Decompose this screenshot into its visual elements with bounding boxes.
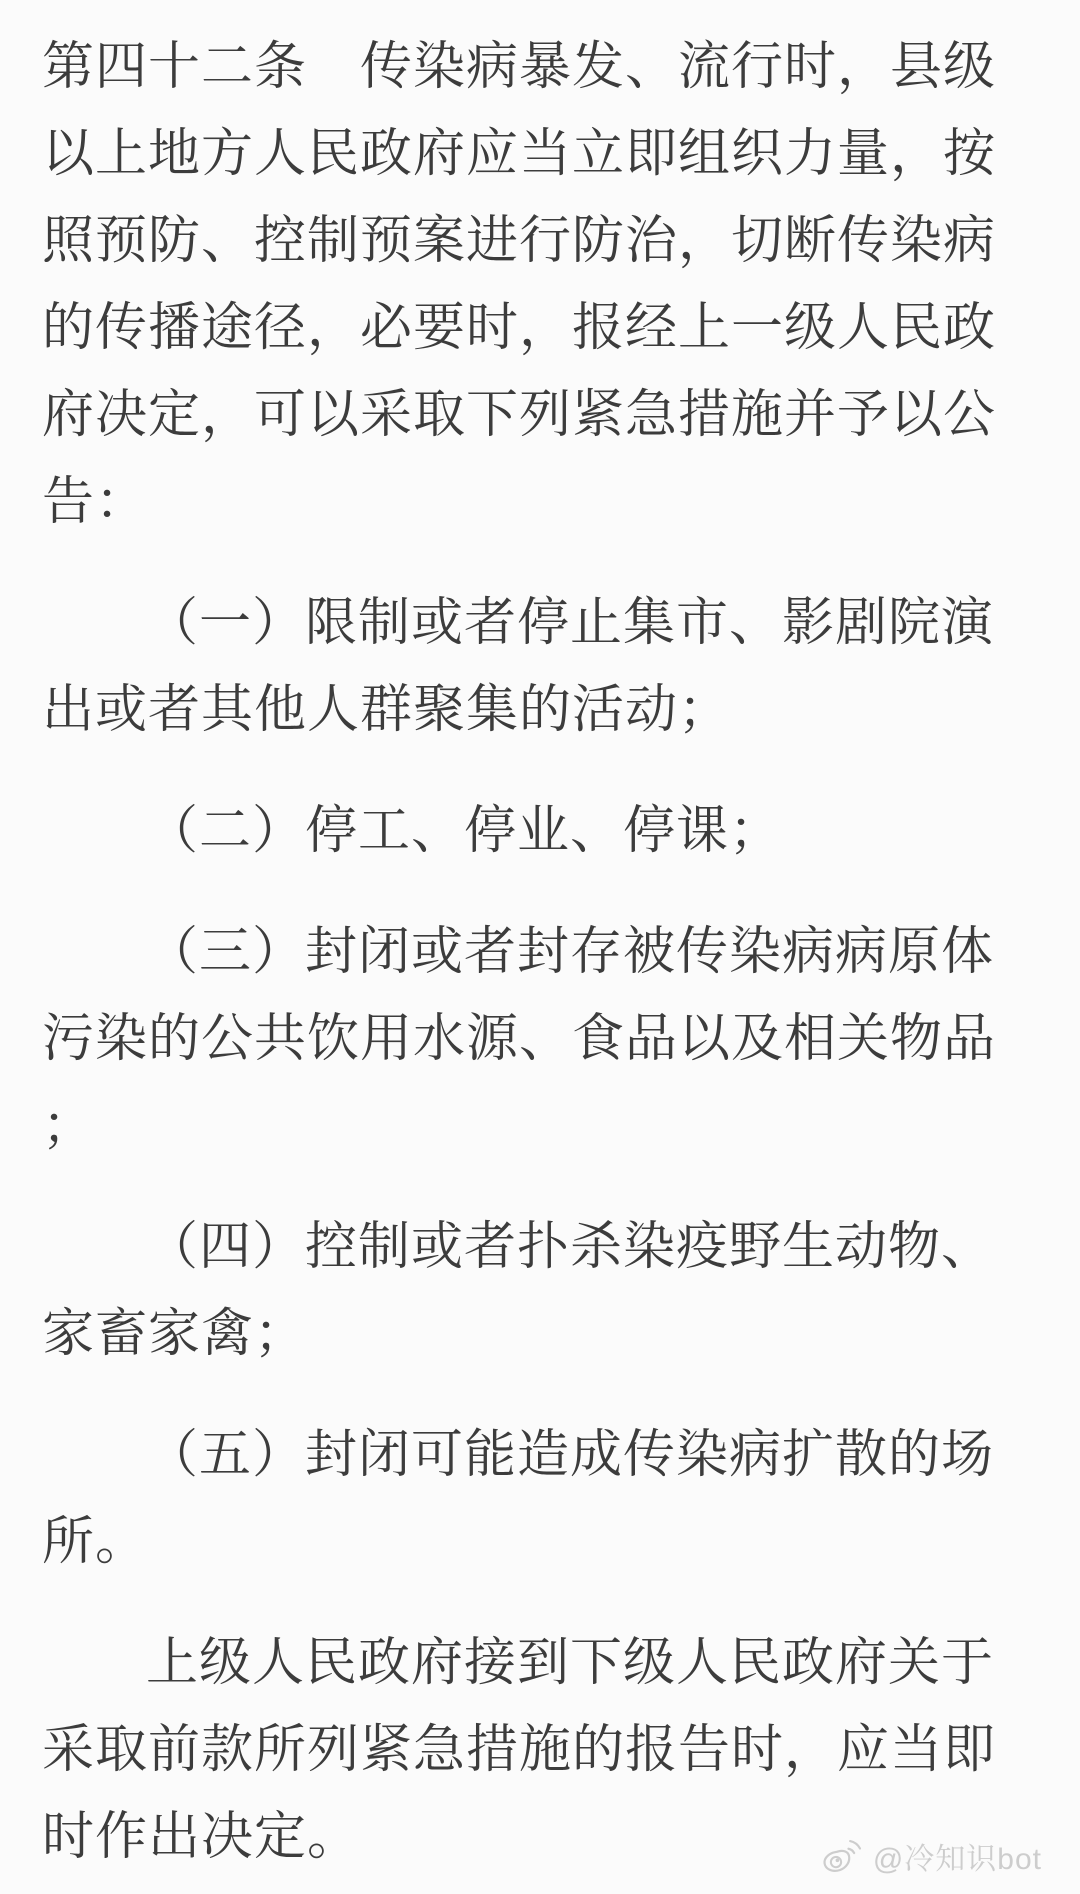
paragraph-item-4: （四）控制或者扑杀染疫野生动物、 家畜家禽； (42, 1204, 1040, 1378)
text-line: 照预防、控制预案进行防治，切断传染病 (42, 198, 1040, 285)
paragraph-intro: 第四十二条 传染病暴发、流行时，县级 以上地方人民政府应当立即组织力量，按 照预… (42, 24, 1040, 546)
paragraph-item-2: （二）停工、停业、停课； (42, 788, 1040, 875)
text-line: 污染的公共饮用水源、食品以及相关物品 (42, 996, 1040, 1083)
text-line: （四）控制或者扑杀染疫野生动物、 (42, 1204, 1040, 1291)
text-line: 以上地方人民政府应当立即组织力量，按 (42, 111, 1040, 198)
text-line: 第四十二条 传染病暴发、流行时，县级 (42, 24, 1040, 111)
text-line: 上级人民政府接到下级人民政府关于 (42, 1620, 1040, 1707)
weibo-logo-icon (818, 1834, 867, 1878)
text-line: 府决定，可以采取下列紧急措施并予以公 (42, 372, 1040, 459)
text-line: ； (42, 1083, 1040, 1170)
text-line: （三）封闭或者封存被传染病病原体 (42, 909, 1040, 996)
text-line: 告： (42, 459, 1040, 546)
article-text: 第四十二条 传染病暴发、流行时，县级 以上地方人民政府应当立即组织力量，按 照预… (0, 0, 1080, 1881)
paragraph-item-1: （一）限制或者停止集市、影剧院演 出或者其他人群聚集的活动； (42, 580, 1040, 754)
watermark: @冷知识bot (821, 1834, 1042, 1878)
text-line: 家畜家禽； (42, 1291, 1040, 1378)
document-page: 第四十二条 传染病暴发、流行时，县级 以上地方人民政府应当立即组织力量，按 照预… (0, 0, 1080, 1894)
paragraph-item-3: （三）封闭或者封存被传染病病原体 污染的公共饮用水源、食品以及相关物品 ； (42, 909, 1040, 1170)
text-line: 的传播途径，必要时，报经上一级人民政 (42, 285, 1040, 372)
paragraph-item-5: （五）封闭可能造成传染病扩散的场 所。 (42, 1412, 1040, 1586)
text-line: （五）封闭可能造成传染病扩散的场 (42, 1412, 1040, 1499)
text-line: 所。 (42, 1499, 1040, 1586)
text-line: 采取前款所列紧急措施的报告时，应当即 (42, 1707, 1040, 1794)
text-line: 出或者其他人群聚集的活动； (42, 667, 1040, 754)
text-line: （一）限制或者停止集市、影剧院演 (42, 580, 1040, 667)
watermark-handle: @冷知识bot (873, 1834, 1042, 1878)
text-line: （二）停工、停业、停课； (42, 788, 1040, 875)
